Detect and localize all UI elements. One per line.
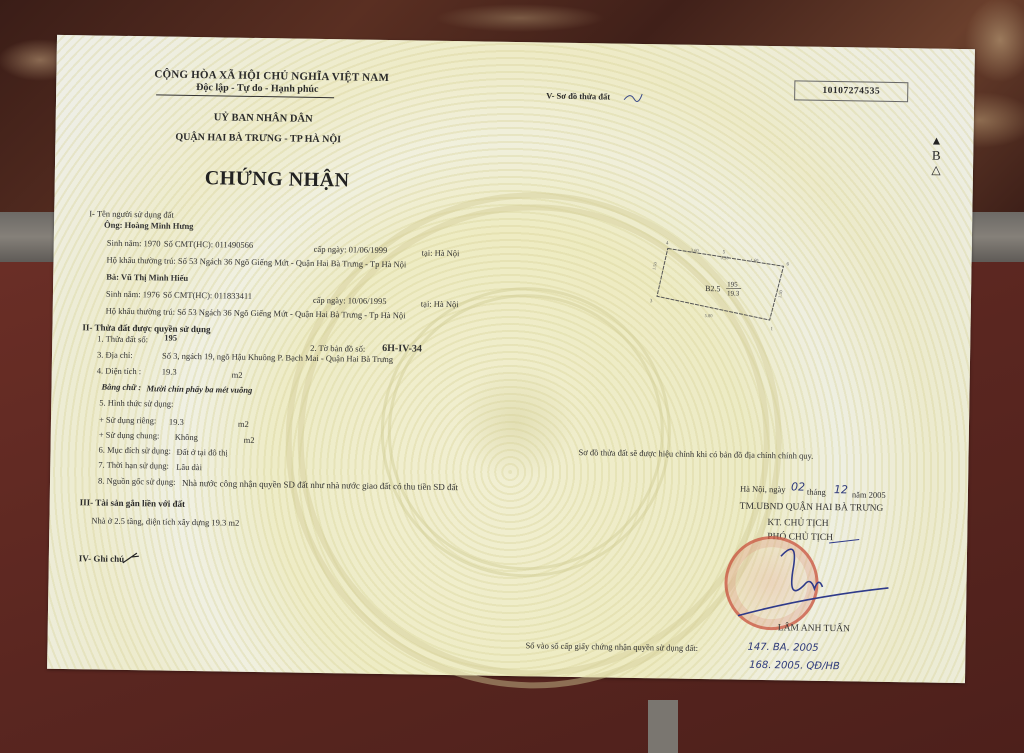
address-label: 3. Địa chỉ: <box>97 349 133 360</box>
parcel-area-label: 19.3 <box>727 289 740 297</box>
north-arrow-tail-icon: △ <box>929 164 943 176</box>
private-use-unit: m2 <box>238 419 249 429</box>
header-rule <box>156 94 334 98</box>
building-label: B2.5 <box>705 284 720 293</box>
dim-label: 1.60 <box>751 258 760 263</box>
person1-residence: Hộ khẩu thường trú: Số 53 Ngách 36 Ngõ G… <box>106 255 406 270</box>
dim-label: 1.50 <box>777 289 784 298</box>
section4-heading: IV- Ghi chú <box>79 553 124 564</box>
parcel-label: 1. Thửa đất số: <box>97 333 148 344</box>
section3-heading: III- Tài sản gắn liền với đất <box>80 497 186 509</box>
person1-id: Số CMT(HC): 011490566 <box>164 239 254 250</box>
person1-name: Ông: Hoàng Minh Hưng <box>104 220 194 231</box>
date-day: 02 <box>791 480 805 493</box>
initial-mark-icon <box>121 551 141 565</box>
private-use-value: 19.3 <box>169 417 184 427</box>
signing-org: TM.UBND QUẬN HAI BÀ TRƯNG <box>740 502 884 514</box>
registry-line2: 168. 2005. QĐ/HB <box>749 660 840 672</box>
diagram-note: Sơ đồ thửa đất sẽ được hiệu chỉnh khi có… <box>578 447 813 461</box>
person2-place: tại: Hà Nội <box>421 299 459 310</box>
signer-name: LÂM ANH TUẤN <box>778 623 850 634</box>
origin-label: 8. Nguồn gốc sử dụng: <box>98 476 176 487</box>
map-sheet-value: 6H-IV-34 <box>382 343 422 355</box>
date-month-label: tháng <box>807 487 826 497</box>
purpose-value: Đất ở tại đô thị <box>176 447 227 458</box>
person2-birth: Sinh năm: 1976 <box>106 289 160 300</box>
handwritten-signature <box>718 515 900 628</box>
section1-heading: I- Tên người sử dụng đất <box>89 208 174 219</box>
shared-use-unit: m2 <box>244 435 255 445</box>
area-words-value: Mười chín phẩy ba mét vuông <box>146 383 252 395</box>
parcel-value: 195 <box>164 333 177 343</box>
issuer-line2: QUẬN HAI BÀ TRƯNG - TP HÀ NỘI <box>175 132 341 146</box>
issuer-line1: UỶ BAN NHÂN DÂN <box>214 112 313 125</box>
watermark-star <box>455 361 577 483</box>
purpose-label: 6. Mục đích sử dụng: <box>98 445 171 456</box>
registry-line1: 147. BA. 2005 <box>747 642 818 654</box>
origin-value: Nhà nước công nhận quyền SD đất như nhà … <box>182 478 458 492</box>
initial-mark-icon <box>622 90 644 104</box>
person2-residence: Hộ khẩu thường trú: Số 53 Ngách 36 Ngõ G… <box>106 306 406 321</box>
area-words-label: Bằng chữ : <box>101 382 141 393</box>
parcel-number-label: 195 <box>727 280 738 288</box>
dim-label: 5.80 <box>705 313 714 318</box>
registry-label: Số vào sổ cấp giấy chứng nhận quyền sử d… <box>525 640 698 653</box>
person2-id: Số CMT(HC): 011833411 <box>163 290 252 301</box>
person2-issued: cấp ngày: 10/06/1995 <box>313 295 387 306</box>
vertex-label: 4 <box>666 241 669 246</box>
section2-heading: II- Thửa đất được quyền sử dụng <box>82 322 210 334</box>
date-prefix: Hà Nội, ngày <box>740 484 786 495</box>
person1-birth: Sinh năm: 1970 <box>107 238 161 249</box>
north-compass: ▲ B △ <box>929 135 944 176</box>
term-value: Lâu dài <box>176 462 202 472</box>
area-unit: m2 <box>232 370 243 380</box>
vertex-label: 3 <box>650 299 653 304</box>
shared-use-label: + Sử dụng chung: <box>99 430 160 441</box>
person1-place: tại: Hà Nội <box>422 248 460 259</box>
parcel-diagram: 4 5 6 1 3 3.60 0.50 1.60 5.80 1.50 1.50 … <box>644 236 816 339</box>
area-label: 4. Diện tích : <box>97 365 142 376</box>
date-month: 12 <box>834 483 848 496</box>
assets-value: Nhà ở 2.5 tầng, diện tích xây dựng 19.3 … <box>91 515 239 527</box>
dim-label: 1.50 <box>651 261 658 270</box>
road-label: Ngõ 19 <box>644 248 645 266</box>
usage-form-label: 5. Hình thức sử dụng: <box>99 398 173 409</box>
motto: Độc lập - Tự do - Hạnh phúc <box>196 82 318 95</box>
vertex-label: 1 <box>770 327 773 332</box>
floor-seam <box>648 700 678 753</box>
dim-label: 0.50 <box>721 255 730 260</box>
person1-issued: cấp ngày: 01/06/1999 <box>314 244 388 255</box>
person2-name: Bà: Vũ Thị Minh Hiếu <box>106 272 188 283</box>
country-header: CỘNG HÒA XÃ HỘI CHỦ NGHĨA VIỆT NAM <box>154 68 389 84</box>
date-year: năm 2005 <box>852 489 886 500</box>
shared-use-value: Không <box>175 432 198 442</box>
certificate-title: CHỨNG NHẬN <box>205 167 350 192</box>
section5-heading: V- Sơ đồ thửa đất <box>546 91 610 102</box>
land-use-certificate: CỘNG HÒA XÃ HỘI CHỦ NGHĨA VIỆT NAM Độc l… <box>47 35 975 683</box>
private-use-label: + Sử dụng riêng: <box>99 415 156 426</box>
certificate-number: 10107274535 <box>794 80 908 102</box>
compass-letter: B <box>929 149 943 162</box>
term-label: 7. Thời hạn sử dụng: <box>98 460 169 471</box>
north-arrow-icon: ▲ <box>929 135 943 147</box>
vertex-label: 6 <box>786 262 789 267</box>
area-value: 19.3 <box>162 367 177 377</box>
dim-label: 3.60 <box>691 248 700 253</box>
